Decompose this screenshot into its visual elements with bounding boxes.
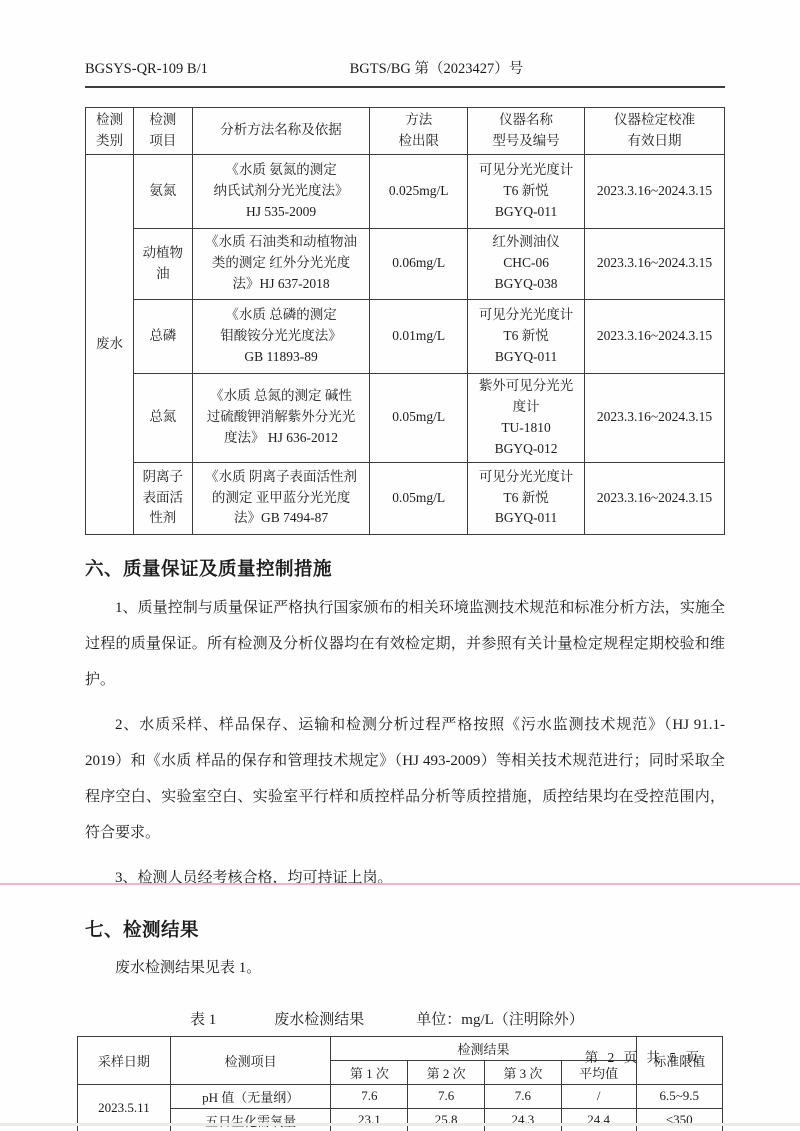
cell-run3: 7.6 [484,1084,561,1108]
table-row: 五日生化需氧量 23.1 25.8 24.3 24.4 ≤350 [78,1108,723,1131]
section-seven-heading: 七、检测结果 [85,916,800,942]
header-run1: 第 1 次 [331,1060,408,1084]
cell-instrument: 紫外可见分光光 度计 TU-1810 BGYQ-012 [468,373,585,462]
cell-item: 动植物 油 [133,228,192,299]
cell-limit: 0.01mg/L [370,299,468,373]
cell-standard-limit: 6.5~9.5 [636,1084,722,1108]
cell-item: 阴离子 表面活 性剂 [133,462,192,534]
cell-run2: 7.6 [408,1084,485,1108]
header-item: 检测 项目 [133,108,192,155]
section-seven-intro: 废水检测结果见表 1。 [85,952,725,984]
methods-table-header-row: 检测 类别 检测 项目 分析方法名称及依据 方法 检出限 仪器名称 型号及编号 … [86,108,725,155]
cell-calibration: 2023.3.16~2024.3.15 [585,299,725,373]
cell-calibration: 2023.3.16~2024.3.15 [585,228,725,299]
cell-limit: 0.025mg/L [370,154,468,228]
cell-run3: 24.3 [484,1108,561,1131]
caption-label: 表 1 [190,1008,216,1029]
cell-item: 总磷 [133,299,192,373]
cell-instrument: 红外测油仪 CHC-06 BGYQ-038 [468,228,585,299]
cell-calibration: 2023.3.16~2024.3.15 [585,373,725,462]
cell-category: 废水 [86,154,134,534]
cell-run1: 23.1 [331,1108,408,1131]
form-code: BGSYS-QR-109 B/1 [85,61,208,78]
header-run3: 第 3 次 [484,1060,561,1084]
cell-test-item: 五日生化需氧量 [170,1108,331,1131]
cell-instrument: 可见分光光度计 T6 新悦 BGYQ-011 [468,299,585,373]
caption-title: 废水检测结果 [274,1008,364,1029]
cell-item: 总氮 [133,373,192,462]
header-method: 分析方法名称及依据 [192,108,370,155]
cell-method: 《水质 阴离子表面活性剂 的测定 亚甲蓝分光光度 法》GB 7494-87 [192,462,370,534]
cell-limit: 0.05mg/L [370,373,468,462]
cell-method: 《水质 氨氮的测定 纳氏试剂分光光度法》 HJ 535-2009 [192,154,370,228]
table-row: 总磷 《水质 总磷的测定 钼酸铵分光光度法》 GB 11893-89 0.01m… [86,299,725,373]
cell-run1: 7.6 [331,1084,408,1108]
cell-calibration: 2023.3.16~2024.3.15 [585,462,725,534]
section-six-paragraph-2: 2、水质采样、样品保存、运输和检测分析过程严格按照《污水监测技术规范》（HJ 9… [85,707,725,851]
table-row: 总氮 《水质 总氮的测定 碱性 过硫酸钾消解紫外分光光 度法》 HJ 636-2… [86,373,725,462]
caption-unit: 单位：mg/L（注明除外） [416,1008,584,1029]
cell-average: 24.4 [561,1108,636,1131]
document-page: BGSYS-QR-109 B/1 BGTS/BG 第（2023427）号 检测 … [0,0,800,1131]
report-number: BGTS/BG 第（2023427）号 [208,57,725,78]
header-test-item: 检测项目 [170,1036,331,1084]
cell-test-item: pH 值（无量纲） [170,1084,331,1108]
scan-artifact-pink-line [0,883,800,885]
header-run2: 第 2 次 [408,1060,485,1084]
cell-limit: 0.06mg/L [370,228,468,299]
table-row: 2023.5.11 pH 值（无量纲） 7.6 7.6 7.6 / 6.5~9.… [78,1084,723,1108]
methods-table: 检测 类别 检测 项目 分析方法名称及依据 方法 检出限 仪器名称 型号及编号 … [85,107,725,535]
section-six-heading: 六、质量保证及质量控制措施 [85,555,800,581]
cell-limit: 0.05mg/L [370,462,468,534]
cell-instrument: 可见分光光度计 T6 新悦 BGYQ-011 [468,462,585,534]
cell-method: 《水质 石油类和动植物油 类的测定 红外分光光度 法》HJ 637-2018 [192,228,370,299]
cell-instrument: 可见分光光度计 T6 新悦 BGYQ-011 [468,154,585,228]
cell-average: / [561,1084,636,1108]
results-table-caption: 表 1 废水检测结果 单位：mg/L（注明除外） [190,1008,800,1029]
cell-standard-limit: ≤350 [636,1108,722,1131]
header-category: 检测 类别 [86,108,134,155]
table-row: 动植物 油 《水质 石油类和动植物油 类的测定 红外分光光度 法》HJ 637-… [86,228,725,299]
page-number: 第 2 页 共 5 页 [585,1046,702,1066]
table-row: 废水 氨氮 《水质 氨氮的测定 纳氏试剂分光光度法》 HJ 535-2009 0… [86,154,725,228]
scan-artifact-bottom-line [0,1123,800,1126]
cell-item: 氨氮 [133,154,192,228]
section-six-paragraph-3: 3、检测人员经考核合格，均可持证上岗。 [85,860,725,896]
header-detection-limit: 方法 检出限 [370,108,468,155]
cell-run2: 25.8 [408,1108,485,1131]
header-sample-date: 采样日期 [78,1036,171,1084]
cell-method: 《水质 总氮的测定 碱性 过硫酸钾消解紫外分光光 度法》 HJ 636-2012 [192,373,370,462]
table-row: 阴离子 表面活 性剂 《水质 阴离子表面活性剂 的测定 亚甲蓝分光光度 法》GB… [86,462,725,534]
document-header: BGSYS-QR-109 B/1 BGTS/BG 第（2023427）号 [85,0,725,88]
header-calibration: 仪器检定校准 有效日期 [585,108,725,155]
section-six-paragraph-1: 1、质量控制与质量保证严格执行国家颁布的相关环境监测技术规范和标准分析方法，实施… [85,590,725,698]
header-instrument: 仪器名称 型号及编号 [468,108,585,155]
cell-calibration: 2023.3.16~2024.3.15 [585,154,725,228]
cell-method: 《水质 总磷的测定 钼酸铵分光光度法》 GB 11893-89 [192,299,370,373]
